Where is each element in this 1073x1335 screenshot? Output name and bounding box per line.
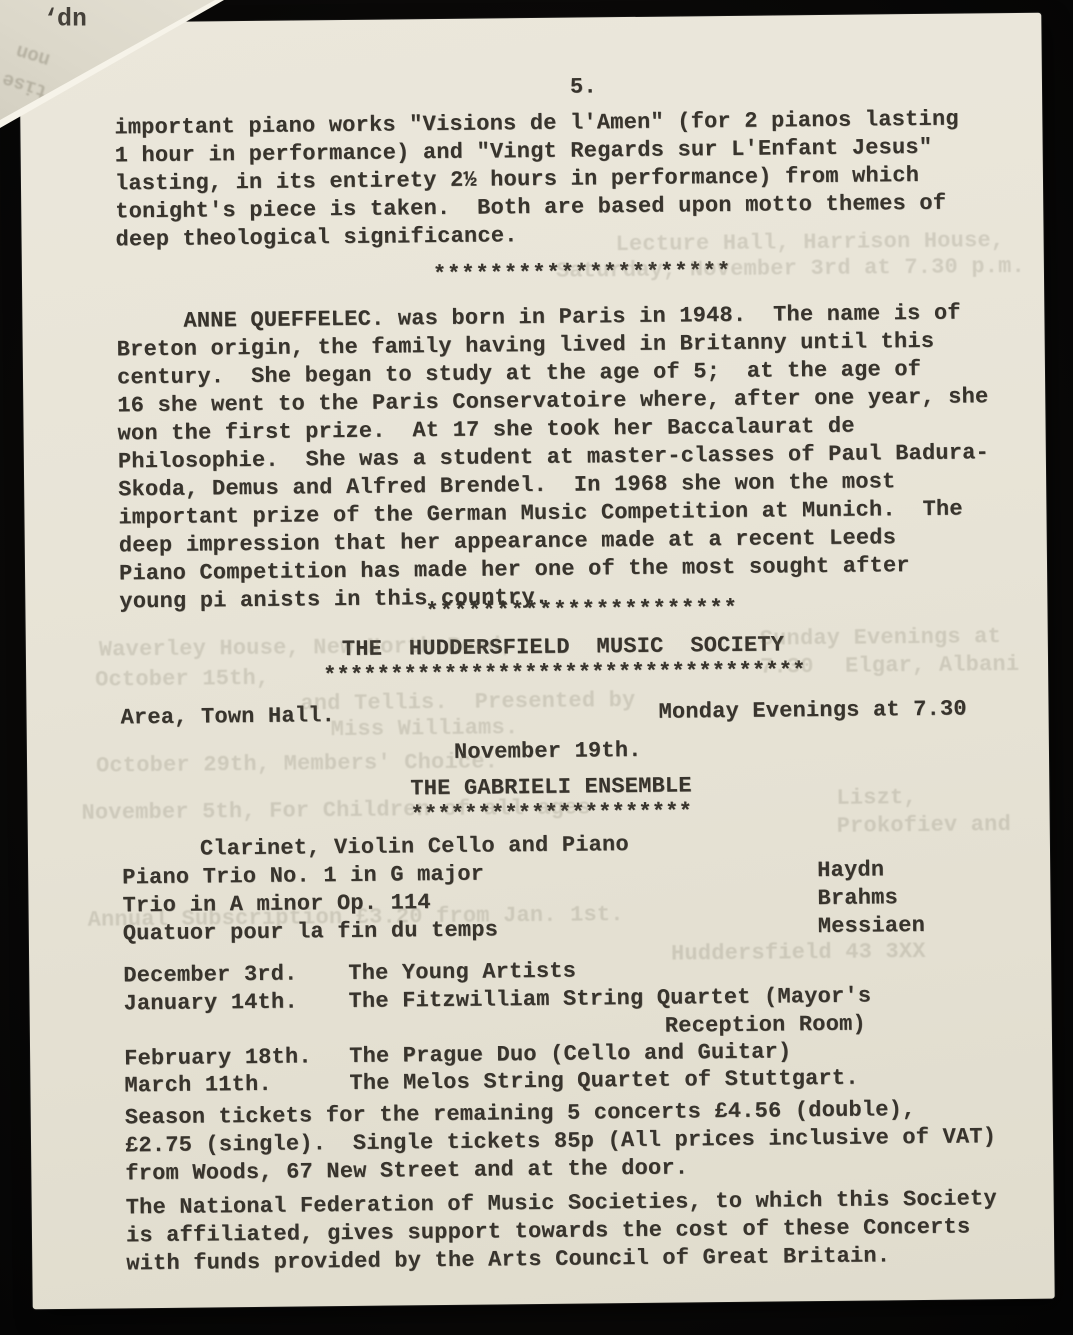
page-number: 5.: [570, 73, 597, 101]
programme-composer: Haydn: [817, 856, 884, 885]
messiaen-notes-paragraph: important piano works "Visions de l'Amen…: [114, 106, 960, 255]
upcoming-date: February 18th.: [124, 1043, 312, 1073]
programme-work: Trio in A minor Op. 114: [122, 889, 431, 920]
federation-paragraph: The National Federation of Music Societi…: [126, 1185, 998, 1278]
upcoming-artist: The Young Artists: [348, 958, 576, 988]
concert-date: November 19th.: [454, 737, 642, 767]
ghost-bleedthrough-text: and Tellis. Presented by: [300, 687, 635, 719]
asterisk-separator: **********************: [425, 595, 738, 626]
anne-queffelec-biography-paragraph: ANNE QUEFFELEC. was born in Paris in 194…: [116, 299, 990, 616]
photographed-document: 5. important piano works "Visions de l'A…: [0, 0, 1073, 1335]
programme-composer: Messiaen: [818, 912, 926, 941]
programme-work: Piano Trio No. 1 in G major: [122, 861, 484, 893]
upcoming-artist: The Melos String Quartet of Stuttgart.: [349, 1065, 859, 1098]
upcoming-artist-continued: Reception Room): [665, 1011, 866, 1041]
venue: Area, Town Hall.: [120, 702, 335, 732]
ghost-bleedthrough-text: Huddersfield 43 3XX: [671, 938, 926, 969]
ghost-bleedthrough-text: Liszt, Prokofiev and: [836, 783, 1050, 841]
schedule: Monday Evenings at 7.30: [658, 696, 967, 727]
scrap-upside-down-text: up,: [42, 4, 87, 33]
instrumentation: Clarinet, Violin Cello and Piano: [200, 831, 629, 863]
ghost-bleedthrough-text: Elgar, Albani: [845, 651, 1020, 681]
upcoming-date: December 3rd.: [123, 961, 298, 991]
upcoming-date: January 14th.: [123, 989, 298, 1019]
programme-work: Quatuor pour la fin du temps: [123, 916, 499, 948]
asterisk-separator: *********************: [433, 258, 732, 289]
programme-composer: Brahms: [817, 884, 898, 913]
upcoming-date: March 11th.: [124, 1071, 272, 1101]
ticket-prices-paragraph: Season tickets for the remaining 5 conce…: [125, 1095, 997, 1188]
scrap-faint-text: non: [14, 39, 53, 70]
programme-page: 5. important piano works "Visions de l'A…: [19, 13, 1054, 1310]
society-title-underline: ************************************: [323, 657, 806, 690]
ghost-bleedthrough-text: October 15th,: [95, 665, 270, 695]
ensemble-underline: *********************: [410, 798, 692, 829]
